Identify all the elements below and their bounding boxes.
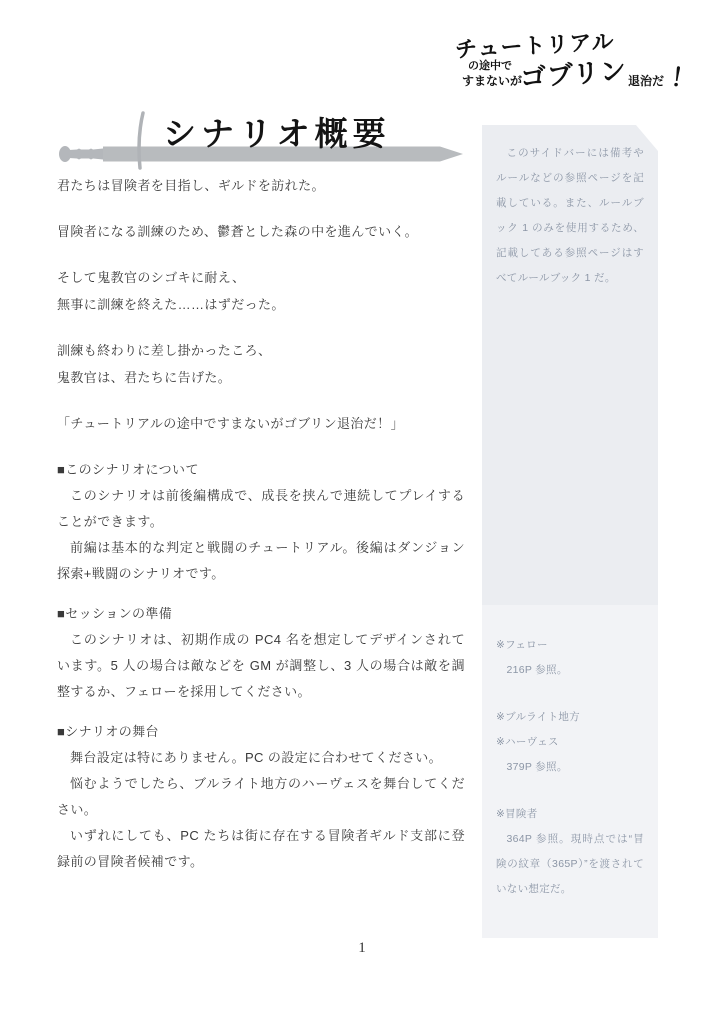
section-scenario-setting: ■シナリオの舞台 舞台設定は特にありません。PC の設定に合わせてください。 悩… xyxy=(57,718,465,875)
logo-exclamation: ！ xyxy=(669,57,699,96)
intro-paragraph: 訓練も終わりに差し掛かったころ、 鬼教官は、君たちに告げた。 xyxy=(57,337,465,391)
sidebar-notes-panel: ※フェロー 216P 参照。 ※ブルライト地方 ※ハーヴェス 379P 参照。 … xyxy=(482,605,658,938)
sidebar-note-region: ※ブルライト地方 ※ハーヴェス 379P 参照。 xyxy=(496,705,644,780)
intro-paragraph: そして鬼教官のシゴキに耐え、 無事に訓練を終えた……はずだった。 xyxy=(57,264,465,318)
title-block: シナリオ概要 xyxy=(57,108,465,172)
section-heading: ■セッションの準備 xyxy=(57,600,465,627)
section-paragraph: このシナリオは、初期作成の PC4 名を想定してデザインされています。5 人の場… xyxy=(57,627,465,705)
intro-paragraph: 冒険者になる訓練のため、鬱蒼とした森の中を進んでいく。 xyxy=(57,218,465,245)
note-reference: 364P 参照。現時点では“冒険の紋章（365P）”を渡されていない想定だ。 xyxy=(496,827,644,902)
section-paragraph: 前編は基本的な判定と戦闘のチュートリアル。後編はダンジョン探索+戦闘のシナリオで… xyxy=(57,535,465,587)
section-session-prep: ■セッションの準備 このシナリオは、初期作成の PC4 名を想定してデザインされ… xyxy=(57,600,465,705)
section-heading: ■このシナリオについて xyxy=(57,456,465,483)
main-column: シナリオ概要 君たちは冒険者を目指し、ギルドを訪れた。 冒険者になる訓練のため、… xyxy=(57,108,465,875)
section-paragraph: このシナリオは前後編構成で、成長を挟んで連続してプレイすることができます。 xyxy=(57,483,465,535)
document-page: { "logo": { "top": "チュートリアル", "small1": … xyxy=(0,0,724,1024)
logo-line-nochuude: の途中で xyxy=(468,57,512,73)
logo-line-taijida: 退治だ xyxy=(628,72,664,89)
sidebar-intro-panel: このサイドバーには備考やルールなどの参照ページを記載している。また、ルールブック… xyxy=(482,125,658,605)
note-label: ※ハーヴェス xyxy=(496,730,644,755)
scenario-intro: 君たちは冒険者を目指し、ギルドを訪れた。 冒険者になる訓練のため、鬱蒼とした森の… xyxy=(57,172,465,437)
page-title: シナリオ概要 xyxy=(163,108,391,155)
note-reference: 379P 参照。 xyxy=(496,755,644,780)
note-label: ※冒険者 xyxy=(496,802,644,827)
intro-paragraph-quote: 「チュートリアルの途中ですまないがゴブリン退治だ！」 xyxy=(57,410,465,437)
tutorial-goblin-logo: チュートリアル の途中で すまないが ゴブリン 退治だ ！ xyxy=(450,26,718,102)
section-heading: ■シナリオの舞台 xyxy=(57,718,465,745)
page-number: 1 xyxy=(0,940,724,957)
sidebar-intro-text: このサイドバーには備考やルールなどの参照ページを記載している。また、ルールブック… xyxy=(496,141,644,291)
section-paragraph: いずれにしても、PC たちは街に存在する冒険者ギルド支部に登録前の冒険者候補です… xyxy=(57,823,465,875)
note-label: ※ブルライト地方 xyxy=(496,705,644,730)
intro-paragraph: 君たちは冒険者を目指し、ギルドを訪れた。 xyxy=(57,172,465,199)
sidebar-note-adventurer: ※冒険者 364P 参照。現時点では“冒険の紋章（365P）”を渡されていない想… xyxy=(496,802,644,902)
section-paragraph: 舞台設定は特にありません。PC の設定に合わせてください。 xyxy=(57,745,465,771)
section-paragraph: 悩むようでしたら、ブルライト地方のハーヴェスを舞台してください。 xyxy=(57,771,465,823)
note-label: ※フェロー xyxy=(496,633,644,658)
section-about-scenario: ■このシナリオについて このシナリオは前後編構成で、成長を挟んで連続してプレイす… xyxy=(57,456,465,587)
sidebar-note-fellow: ※フェロー 216P 参照。 xyxy=(496,633,644,683)
logo-line-goblin: ゴブリン xyxy=(519,50,628,94)
logo-line-sumanaiga: すまないが xyxy=(462,72,522,89)
note-reference: 216P 参照。 xyxy=(496,658,644,683)
